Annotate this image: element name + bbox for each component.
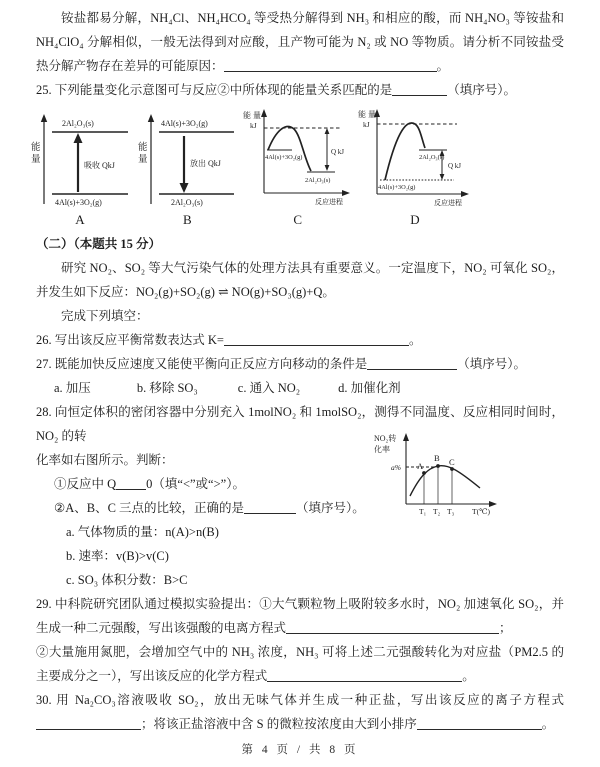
q-label: Q kJ bbox=[331, 148, 344, 156]
energy-diagram-b-svg: 能 量 4Al(s)+3O₂(g) 2Al₂O₃(s) 放出 QkJ bbox=[137, 112, 237, 208]
a-percent-label: a% bbox=[391, 463, 401, 472]
question-26: 26. 写出该反应平衡常数表达式 K=。 bbox=[36, 328, 564, 352]
y-axis-label: 能 bbox=[31, 141, 41, 153]
reactant-label: 4Al(s)+3O₂(g) bbox=[378, 184, 415, 191]
answer-blank bbox=[286, 620, 499, 634]
q30-text1: 30. 用 Na₂CO₃溶液吸收 SO₂，放出无味气体并生成一种正盐，写出该反应… bbox=[36, 693, 564, 707]
x-axis-arrow bbox=[342, 190, 350, 196]
arrow-down-icon bbox=[440, 174, 445, 180]
diagram-letter-c: C bbox=[243, 212, 353, 228]
question-28: 28. 向恒定体积的密闭容器中分别充入 1molNO₂ 和 1molSO₂，测得… bbox=[36, 400, 564, 592]
q25-text: 25. 下列能量变化示意图可与反应②中所体现的能量关系匹配的是 bbox=[36, 83, 392, 97]
question-25: 25. 下列能量变化示意图可与反应②中所体现的能量关系匹配的是（填序号）。 bbox=[36, 78, 564, 102]
q30-suffix: 。 bbox=[542, 717, 555, 731]
arrow-label: 放出 QkJ bbox=[190, 158, 221, 168]
y-axis-unit: kJ bbox=[250, 121, 257, 130]
q27-text: 27. 既能加快反应速度又能使平衡向正反应方向移动的条件是 bbox=[36, 357, 367, 371]
q28-option-c: c. SO₃ 体积分数：B>C bbox=[36, 568, 564, 592]
answer-blank bbox=[267, 668, 462, 682]
answer-blank bbox=[116, 476, 146, 490]
energy-diagram-d-svg: 能 量 kJ 4Al(s)+3O₂(g) 2Al₂O₃(s) Q kJ 反应进程 bbox=[358, 106, 472, 208]
answer-blank bbox=[244, 500, 296, 514]
q27-option-d: d. 加催化剂 bbox=[338, 376, 401, 400]
y-axis-label: 化率 bbox=[374, 444, 390, 454]
product-label: 2Al₂O₃(s) bbox=[171, 198, 203, 207]
page-number: 第 4 页 / 共 8 页 bbox=[0, 741, 600, 757]
y-axis-unit: kJ bbox=[363, 120, 370, 129]
y-axis-label: 量 bbox=[31, 154, 41, 165]
reactant-label: 4Al(s)+3O₂(g) bbox=[265, 154, 302, 161]
x-axis-label: 反应进程 bbox=[315, 197, 343, 206]
arrow-label: 吸收 QkJ bbox=[84, 160, 115, 170]
y-axis-label: 能 量 bbox=[358, 109, 376, 119]
intro-paragraph: 铵盐都易分解，NH₄Cl、NH₄HCO₄ 等受热分解得到 NH₃ 和相应的酸，而… bbox=[36, 6, 564, 78]
energy-diagram-a-svg: 能 量 2Al₂O₃(s) 4Al(s)+3O₂(g) 吸收 QkJ bbox=[28, 112, 132, 208]
no2-conversion-chart-svg: NO₂转 化率 a% A B C T₁ T₂ T₃ T(℃) bbox=[372, 426, 504, 520]
q27-option-c: c. 通入 NO₂ bbox=[238, 376, 300, 400]
reaction-curve bbox=[385, 123, 425, 180]
point-c-label: C bbox=[449, 457, 455, 467]
y-axis-arrow bbox=[261, 109, 267, 117]
q28-option-b: b. 速率：v(B)>v(C) bbox=[36, 544, 564, 568]
q29-sep1: ； bbox=[499, 621, 512, 635]
energy-diagrams-row: 能 量 2Al₂O₃(s) 4Al(s)+3O₂(g) 吸收 QkJ A 能 量… bbox=[28, 106, 472, 228]
q27-option-a: a. 加压 bbox=[54, 376, 91, 400]
q26-text: 26. 写出该反应平衡常数表达式 K= bbox=[36, 333, 224, 347]
y-axis-arrow bbox=[41, 114, 47, 122]
section-2-intro: 研究 NO₂、SO₂ 等大气污染气体的处理方法具有重要意义。一定温度下，NO₂ … bbox=[36, 256, 564, 304]
y-axis-label: 能 bbox=[138, 141, 148, 153]
reactant-label: 4Al(s)+3O₂(g) bbox=[161, 119, 208, 128]
point-c-dot bbox=[450, 467, 454, 471]
x-axis-label: T(℃) bbox=[472, 507, 490, 516]
answer-blank bbox=[36, 716, 141, 730]
product-label: 2Al₂O₃(s) bbox=[305, 177, 330, 184]
q30-text2: ；将该正盐溶液中含 S 的微粒按浓度由大到小排序 bbox=[141, 717, 417, 731]
reactant-label: 4Al(s)+3O₂(g) bbox=[55, 198, 102, 207]
point-b-dot bbox=[436, 464, 440, 468]
y-axis-label: 量 bbox=[138, 154, 148, 165]
point-b-label: B bbox=[434, 453, 440, 463]
answer-blank bbox=[392, 82, 447, 96]
energy-diagram-b: 能 量 4Al(s)+3O₂(g) 2Al₂O₃(s) 放出 QkJ B bbox=[137, 112, 237, 228]
diagram-letter-a: A bbox=[28, 212, 132, 228]
q29-sep2: 。 bbox=[462, 669, 475, 683]
tick-t1: T₁ bbox=[419, 507, 427, 516]
question-30: 30. 用 Na₂CO₃溶液吸收 SO₂，放出无味气体并生成一种正盐，写出该反应… bbox=[36, 688, 564, 736]
arrow-down-icon bbox=[180, 183, 189, 193]
q27-options-row: a. 加压 b. 移除 SO₃ c. 通入 NO₂ d. 加催化剂 bbox=[36, 376, 564, 400]
point-a-dot bbox=[422, 471, 426, 475]
tick-t2: T₂ bbox=[433, 507, 441, 516]
x-axis-arrow bbox=[489, 501, 497, 507]
y-axis-label: NO₂转 bbox=[374, 433, 396, 443]
answer-blank bbox=[417, 716, 542, 730]
energy-diagram-a: 能 量 2Al₂O₃(s) 4Al(s)+3O₂(g) 吸收 QkJ A bbox=[28, 112, 132, 228]
x-axis-arrow bbox=[461, 191, 469, 197]
q28-sub2-suffix: （填序号）。 bbox=[296, 501, 365, 515]
section-2-prompt: 完成下列填空： bbox=[36, 304, 564, 328]
q25-suffix: （填序号）。 bbox=[447, 83, 516, 97]
question-29-part2: ②大量施用氮肥，会增加空气中的 NH₃ 浓度，NH₃ 可将上述二元强酸转化为对应… bbox=[36, 640, 564, 688]
tick-t3: T₃ bbox=[447, 507, 455, 516]
point-a-label: A bbox=[417, 461, 424, 471]
diagram-letter-b: B bbox=[137, 212, 237, 228]
q-label: Q kJ bbox=[448, 162, 461, 170]
arrow-up-icon bbox=[74, 133, 83, 143]
question-27: 27. 既能加快反应速度又能使平衡向正反应方向移动的条件是（填序号）。 bbox=[36, 352, 564, 376]
q28-sub1-suffix: 0（填“<”或“>”）。 bbox=[146, 477, 245, 491]
product-label: 2Al₂O₃(s) bbox=[62, 119, 94, 128]
section-2-title: （二）（本题共 15 分） bbox=[36, 232, 564, 256]
reaction-curve bbox=[268, 127, 311, 171]
arrow-up-icon bbox=[440, 150, 445, 156]
energy-diagram-d: 能 量 kJ 4Al(s)+3O₂(g) 2Al₂O₃(s) Q kJ 反应进程… bbox=[358, 106, 472, 228]
answer-blank bbox=[367, 356, 457, 370]
question-29-part1: 29. 中科院研究团队通过模拟实验提出：①大气颗粒物上吸附较多水时，NO₂ 加速… bbox=[36, 592, 564, 640]
q27-suffix: （填序号）。 bbox=[457, 357, 526, 371]
arrow-down-icon bbox=[324, 165, 329, 171]
y-axis-arrow bbox=[403, 433, 409, 441]
q28-sub2-text: ②A、B、C 三点的比较，正确的是 bbox=[54, 501, 244, 515]
answer-blank bbox=[224, 332, 409, 346]
energy-diagram-c: 能 量 kJ 4Al(s)+3O₂(g) 2Al₂O₃(s) Q kJ 反应进程… bbox=[243, 106, 353, 228]
no2-conversion-chart: NO₂转 化率 a% A B C T₁ T₂ T₃ T(℃) bbox=[372, 426, 504, 524]
q26-suffix: 。 bbox=[409, 333, 422, 347]
arrow-up-icon bbox=[324, 128, 329, 134]
energy-diagram-c-svg: 能 量 kJ 4Al(s)+3O₂(g) 2Al₂O₃(s) Q kJ 反应进程 bbox=[243, 106, 353, 208]
q28-sub1-text: ①反应中 Q bbox=[54, 477, 116, 491]
q27-option-b: b. 移除 SO₃ bbox=[137, 376, 198, 400]
diagram-letter-d: D bbox=[358, 212, 472, 228]
exam-page: 铵盐都易分解，NH₄Cl、NH₄HCO₄ 等受热分解得到 NH₃ 和相应的酸，而… bbox=[0, 0, 600, 767]
x-axis-label: 反应进程 bbox=[434, 198, 462, 207]
y-axis-label: 能 量 bbox=[243, 110, 261, 120]
y-axis-arrow bbox=[148, 114, 154, 122]
answer-blank bbox=[224, 58, 437, 72]
intro-period: 。 bbox=[437, 59, 450, 73]
